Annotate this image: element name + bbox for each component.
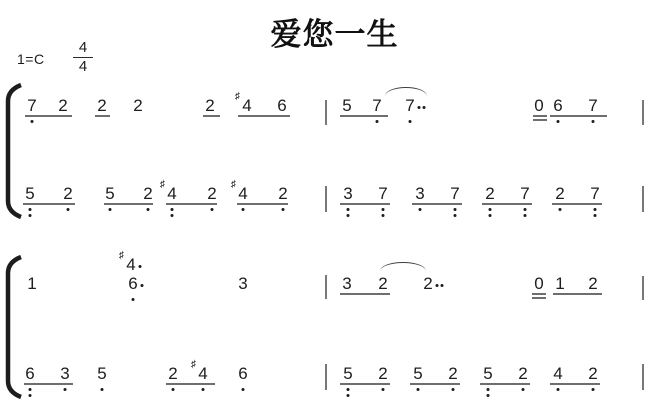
note-digit: 1: [555, 275, 564, 292]
note-digit: 2: [207, 185, 216, 202]
sharp-icon: ♯: [160, 180, 165, 190]
duration-dot: [139, 265, 142, 268]
barline: [325, 275, 327, 299]
note-digit: 2: [588, 275, 597, 292]
duration-dot: [441, 284, 444, 287]
note-digit: 5: [97, 365, 106, 382]
beam-line: [340, 203, 390, 205]
barline: [642, 100, 644, 125]
beam-line: [25, 115, 72, 117]
beam-line: [550, 115, 607, 117]
octave-dot: [29, 388, 32, 391]
beam-line: [203, 115, 220, 117]
octave-dot: [147, 208, 150, 211]
note-digit: 2: [555, 185, 564, 202]
octave-dot: [171, 208, 174, 211]
octave-dot: [109, 208, 112, 211]
octave-dot: [489, 208, 492, 211]
octave-dot: [29, 394, 32, 397]
octave-dot: [347, 208, 350, 211]
barline: [642, 186, 644, 212]
octave-dot: [557, 120, 560, 123]
octave-dot: [347, 388, 350, 391]
note-digit: 3: [343, 185, 352, 202]
note-digit: 2: [58, 97, 67, 114]
note-digit: 4: [198, 365, 207, 382]
tie-arc: [385, 87, 427, 96]
octave-dot: [172, 388, 175, 391]
beam-line: [480, 383, 530, 385]
octave-dot: [454, 208, 457, 211]
note-digit: 5: [413, 365, 422, 382]
score-area: 722224♯657706752524♯24♯23737272714♯63322…: [0, 0, 649, 416]
note-digit: 4: [242, 97, 251, 114]
beam-line: [532, 297, 546, 299]
note-digit: 2: [485, 185, 494, 202]
beam-line: [237, 203, 288, 205]
sharp-icon: ♯: [191, 360, 196, 370]
octave-dot: [419, 208, 422, 211]
note-digit: 2: [205, 97, 214, 114]
note-digit: 2: [97, 97, 106, 114]
note-digit: 7: [372, 97, 381, 114]
barline: [325, 186, 327, 212]
sheet-music-page: 爱您一生 1=C 4 4 722224♯657706752524♯24♯2373…: [0, 0, 649, 416]
octave-dot: [487, 388, 490, 391]
beam-line: [166, 203, 217, 205]
sharp-icon: ♯: [231, 180, 236, 190]
note-digit: 2: [63, 185, 72, 202]
note-digit: 0: [534, 275, 543, 292]
note-digit: 3: [60, 365, 69, 382]
beam-line: [533, 115, 547, 117]
octave-dot: [29, 214, 32, 217]
octave-dot: [417, 388, 420, 391]
note-digit: 6: [277, 97, 286, 114]
octave-dot: [454, 214, 457, 217]
note-digit: 7: [27, 97, 36, 114]
note-digit: 5: [342, 97, 351, 114]
note-digit: 2: [378, 365, 387, 382]
octave-dot: [559, 208, 562, 211]
note-digit: 2: [133, 97, 142, 114]
note-digit: 4: [126, 256, 135, 273]
barline: [642, 276, 644, 300]
note-digit: 2: [588, 365, 597, 382]
note-digit: 2: [423, 275, 432, 292]
octave-dot: [202, 388, 205, 391]
note-digit: 3: [415, 185, 424, 202]
sharp-icon: ♯: [235, 92, 240, 102]
octave-dot: [242, 208, 245, 211]
note-digit: 7: [450, 185, 459, 202]
note-digit: 2: [168, 365, 177, 382]
beam-line: [23, 203, 75, 205]
note-digit: 3: [238, 275, 247, 292]
octave-dot: [489, 214, 492, 217]
octave-dot: [557, 388, 560, 391]
note-digit: 4: [553, 365, 562, 382]
beam-line: [104, 203, 153, 205]
octave-dot: [592, 120, 595, 123]
note-digit: 4: [167, 185, 176, 202]
octave-dot: [211, 208, 214, 211]
note-digit: 7: [405, 97, 414, 114]
octave-dot: [29, 208, 32, 211]
barline: [325, 100, 327, 125]
note-digit: 6: [25, 365, 34, 382]
note-digit: 2: [278, 185, 287, 202]
barline: [642, 364, 644, 390]
note-digit: 7: [590, 185, 599, 202]
octave-dot: [594, 214, 597, 217]
note-digit: 6: [128, 275, 137, 292]
note-digit: 0: [534, 97, 543, 114]
note-digit: 4: [238, 185, 247, 202]
octave-dot: [382, 214, 385, 217]
beam-line: [482, 203, 532, 205]
beam-line: [24, 383, 73, 385]
note-digit: 7: [588, 97, 597, 114]
beam-line: [410, 383, 460, 385]
note-digit: 7: [520, 185, 529, 202]
beam-line: [533, 119, 547, 121]
octave-dot: [594, 208, 597, 211]
octave-dot: [171, 214, 174, 217]
octave-dot: [522, 388, 525, 391]
octave-dot: [347, 394, 350, 397]
beam-line: [532, 293, 546, 295]
note-digit: 5: [25, 185, 34, 202]
beam-line: [340, 115, 388, 117]
note-digit: 7: [378, 185, 387, 202]
note-digit: 6: [553, 97, 562, 114]
octave-dot: [31, 120, 34, 123]
beam-line: [550, 383, 600, 385]
beam-line: [552, 203, 602, 205]
duration-dot: [418, 106, 421, 109]
octave-dot: [382, 388, 385, 391]
octave-dot: [409, 120, 412, 123]
note-digit: 5: [343, 365, 352, 382]
octave-dot: [282, 208, 285, 211]
octave-dot: [347, 214, 350, 217]
octave-dot: [132, 298, 135, 301]
octave-dot: [524, 214, 527, 217]
octave-dot: [67, 208, 70, 211]
note-digit: 2: [448, 365, 457, 382]
beam-line: [95, 115, 110, 117]
barline: [325, 364, 327, 390]
note-digit: 5: [105, 185, 114, 202]
beam-line: [340, 293, 390, 295]
note-digit: 2: [378, 275, 387, 292]
sharp-icon: ♯: [119, 251, 124, 261]
duration-dot: [141, 284, 144, 287]
note-digit: 1: [27, 275, 36, 292]
octave-dot: [592, 388, 595, 391]
octave-dot: [101, 388, 104, 391]
beam-line: [238, 115, 290, 117]
octave-dot: [376, 120, 379, 123]
duration-dot: [423, 106, 426, 109]
beam-line: [166, 383, 215, 385]
note-digit: 2: [518, 365, 527, 382]
octave-dot: [64, 388, 67, 391]
octave-dot: [524, 208, 527, 211]
beam-line: [340, 383, 390, 385]
octave-dot: [452, 388, 455, 391]
octave-dot: [487, 394, 490, 397]
beam-line: [553, 293, 602, 295]
tie-arc: [380, 262, 426, 271]
beam-line: [412, 203, 462, 205]
octave-dot: [242, 388, 245, 391]
note-digit: 2: [143, 185, 152, 202]
duration-dot: [436, 284, 439, 287]
note-digit: 6: [238, 365, 247, 382]
octave-dot: [382, 208, 385, 211]
note-digit: 3: [342, 275, 351, 292]
note-digit: 5: [483, 365, 492, 382]
